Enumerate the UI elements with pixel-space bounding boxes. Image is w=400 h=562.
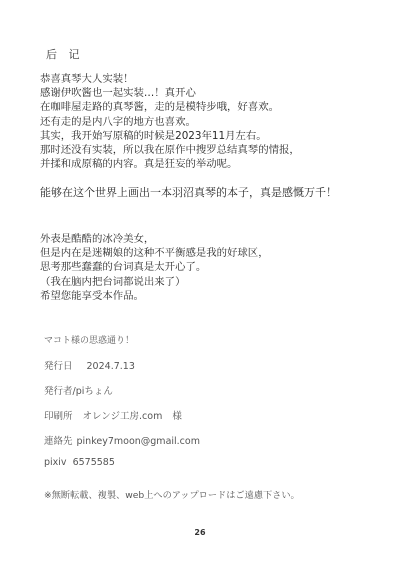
- text-line: 希望您能享受本作品。: [40, 289, 269, 303]
- publish-date: 発行日2024.7.13: [44, 358, 135, 372]
- text-line: 外表是酷酷的冰冷美女，: [40, 232, 269, 246]
- text-line: 感谢伊吹酱也一起实装…！真开心: [40, 86, 300, 100]
- publish-date-value: 2024.7.13: [87, 361, 135, 372]
- afterword-paragraph-1: 恭喜真琴大人实装！ 感谢伊吹酱也一起实装…！真开心 在咖啡屋走路的真琴酱，走的是…: [40, 72, 300, 171]
- afterword-paragraph-2: 能够在这个世界上画出一本羽沼真琴的本子，真是感慨万千！: [40, 186, 337, 200]
- document-page: 后 记 恭喜真琴大人实装！ 感谢伊吹酱也一起实装…！真开心 在咖啡屋走路的真琴酱…: [0, 0, 400, 562]
- text-line: 在咖啡屋走路的真琴酱，走的是模特步哦，好喜欢。: [40, 100, 300, 114]
- pixiv-id: pixiv6575585: [44, 457, 115, 468]
- pixiv-label: pixiv: [44, 457, 67, 468]
- page-title: 后 记: [46, 46, 84, 62]
- printer-value: オレンジ工房.com: [83, 411, 163, 422]
- contact: 連絡先pinkey7moon@gmail.com: [44, 433, 200, 447]
- publish-date-label: 発行日: [44, 361, 73, 372]
- text-line: 其实，我开始写原稿的时候是2023年11月左右。: [40, 129, 300, 143]
- text-line: 思考那些蠢蠢的台词真是太开心了。: [40, 260, 269, 274]
- afterword-paragraph-3: 外表是酷酷的冰冷美女， 但是内在是迷糊娘的这种不平衡感是我的好球区， 思考那些蠢…: [40, 232, 269, 303]
- book-title: マコト様の思惑通り！: [44, 333, 134, 346]
- text-line: 并揉和成原稿的内容。真是狂妄的举动呢。: [40, 157, 300, 171]
- printer: 印刷所オレンジ工房.com様: [44, 408, 182, 422]
- contact-label: 連絡先: [44, 436, 73, 447]
- text-line: （我在脑内把台词都说出来了）: [40, 275, 269, 289]
- copyright-notice: ※無断転載、複製、web上へのアップロードはご遠慮下さい。: [44, 487, 300, 501]
- text-line: 恭喜真琴大人实装！: [40, 72, 300, 86]
- text-line: 但是内在是迷糊娘的这种不平衡感是我的好球区，: [40, 246, 269, 260]
- printer-label: 印刷所: [44, 411, 73, 422]
- contact-email: pinkey7moon@gmail.com: [77, 436, 200, 447]
- text-line: 还有走的是内八字的地方也喜欢。: [40, 115, 300, 129]
- text-line: 能够在这个世界上画出一本羽沼真琴的本子，真是感慨万千！: [40, 186, 337, 200]
- publisher: 発行者/piちょん: [44, 383, 113, 397]
- page-number: 26: [0, 528, 400, 537]
- text-line: 那时还没有实装，所以我在原作中搜罗总结真琴的情报，: [40, 143, 300, 157]
- pixiv-value: 6575585: [73, 457, 115, 468]
- printer-suffix: 様: [172, 411, 182, 422]
